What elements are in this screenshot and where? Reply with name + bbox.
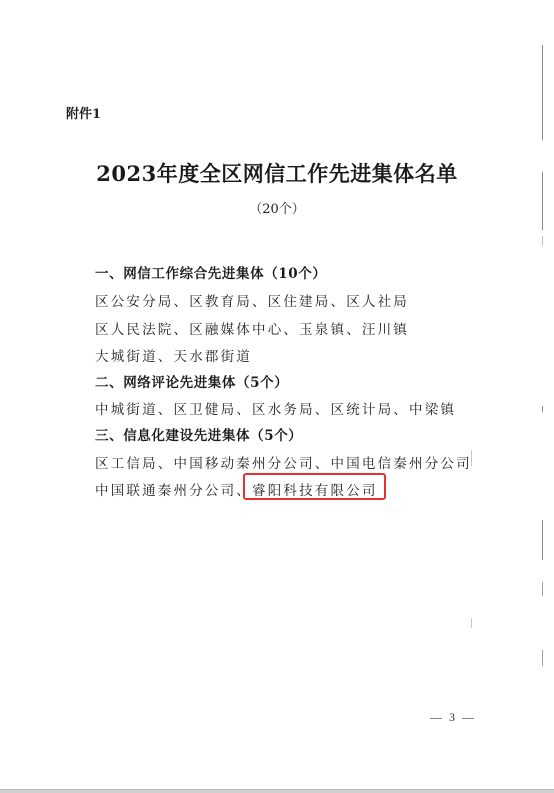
list-line: 区人民法院、区融媒体中心、玉泉镇、汪川镇	[95, 318, 409, 338]
list-line-text: 中国联通秦州分公司、	[95, 483, 252, 499]
document-page: 附件1 2023年度全区网信工作先进集体名单 （20个） 一、网信工作综合先进集…	[0, 0, 554, 789]
scan-artifact	[542, 406, 543, 412]
scan-artifact	[542, 650, 543, 666]
viewer-bottom-bar	[0, 789, 554, 793]
list-line: 中城街道、区卫健局、区水务局、区统计局、中梁镇	[95, 398, 456, 418]
page-number: — 3 —	[430, 710, 476, 725]
highlight-box	[243, 473, 386, 500]
scan-artifact	[471, 450, 472, 466]
scan-artifact	[542, 236, 543, 246]
scan-artifact	[542, 172, 543, 230]
section-heading-online-commentary: 二、网络评论先进集体（5个）	[95, 371, 288, 391]
scan-artifact	[542, 45, 543, 140]
section-heading-informatization: 三、信息化建设先进集体（5个）	[95, 424, 302, 444]
scan-artifact	[542, 582, 543, 596]
attachment-label: 附件1	[66, 103, 101, 122]
document-title: 2023年度全区网信工作先进集体名单	[0, 158, 554, 188]
document-subtitle: （20个）	[0, 198, 554, 217]
list-line: 区公安分局、区教育局、区住建局、区人社局	[95, 290, 409, 310]
list-line: 区工信局、中国移动秦州分公司、中国电信秦州分公司	[95, 452, 472, 472]
scan-artifact	[542, 520, 543, 560]
section-heading-comprehensive: 一、网信工作综合先进集体（10个）	[95, 262, 327, 282]
list-line: 大城街道、天水郡街道	[95, 345, 252, 365]
scan-artifact	[471, 618, 472, 628]
